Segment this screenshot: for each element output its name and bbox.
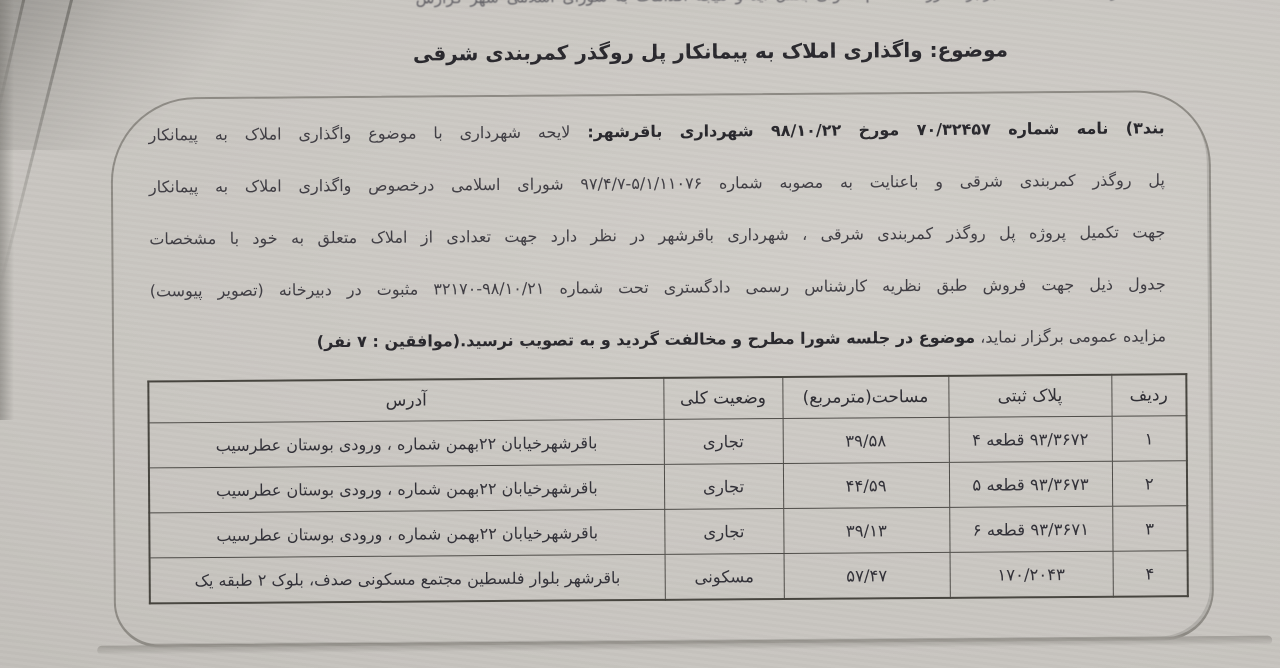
scanned-document-page: می گردد.مقتضی است برابر مقررات اقدام قان…: [0, 0, 1280, 668]
header-address: آدرس: [148, 378, 663, 423]
cell-radif: ۳: [1112, 506, 1187, 552]
cell-radif: ۲: [1112, 461, 1187, 507]
clause-line-4: جدول ذیل جهت فروش طبق نظریه کارشناس رسمی…: [150, 258, 1166, 317]
properties-table: ردیف پلاک ثبتی مساحت(مترمربع) وضعیت کلی …: [147, 373, 1189, 604]
clause-line-3: جهت تکمیل پروژه پل روگذر کمربندی شرقی ، …: [149, 206, 1165, 265]
council-decision: موضوع در جلسه شورا مطرح و مخالفت گردید و…: [317, 328, 976, 352]
cell-pelak: ۹۳/۳۶۷۳ قطعه ۵: [949, 461, 1112, 507]
table-row: ۳ ۹۳/۳۶۷۱ قطعه ۶ ۳۹/۱۳ تجاری باقرشهرخیاب…: [149, 506, 1187, 558]
clause-line-5-text: مزایده عمومی برگزار نماید،: [975, 326, 1166, 346]
table-row: ۱ ۹۳/۳۶۷۲ قطعه ۴ ۳۹/۵۸ تجاری باقرشهرخیاب…: [149, 416, 1187, 468]
cell-radif: ۱: [1112, 416, 1187, 462]
header-masahat: مساحت(مترمربع): [782, 376, 948, 419]
cell-radif: ۴: [1113, 551, 1188, 597]
document-content: می گردد.مقتضی است برابر مقررات اقدام قان…: [0, 0, 1280, 668]
clipped-top-text: می گردد.مقتضی است برابر مقررات اقدام قان…: [415, 0, 1155, 8]
cell-address: باقرشهر بلوار فلسطین مجتمع مسکونی صدف، ب…: [150, 554, 665, 603]
clause-line-5: مزایده عمومی برگزار نماید، موضوع در جلسه…: [150, 310, 1166, 369]
table-row: ۲ ۹۳/۳۶۷۳ قطعه ۵ ۴۴/۵۹ تجاری باقرشهرخیاب…: [149, 461, 1187, 513]
clause-paragraph: بند۳) نامه شماره ۷۰/۳۲۴۵۷ مورخ ۹۸/۱۰/۲۲ …: [148, 102, 1166, 369]
cell-pelak: ۹۳/۳۶۷۲ قطعه ۴: [949, 416, 1112, 462]
cell-vaziat: تجاری: [664, 464, 783, 510]
cell-address: باقرشهرخیابان ۲۲بهمن شماره ، ورودی بوستا…: [149, 419, 664, 468]
clause-heading: بند۳) نامه شماره ۷۰/۳۲۴۵۷ مورخ ۹۸/۱۰/۲۲ …: [587, 118, 1164, 141]
cell-pelak: ۹۳/۳۶۷۱ قطعه ۶: [949, 506, 1112, 552]
table-row: ۴ ۱۷۰/۲۰۴۳ ۵۷/۴۷ مسکونی باقرشهر بلوار فل…: [150, 551, 1188, 604]
cell-address: باقرشهرخیابان ۲۲بهمن شماره ، ورودی بوستا…: [149, 509, 664, 558]
header-pelak: پلاک ثبتی: [948, 375, 1111, 418]
cell-address: باقرشهرخیابان ۲۲بهمن شماره ، ورودی بوستا…: [149, 464, 664, 513]
cell-vaziat: تجاری: [664, 419, 783, 465]
header-radif: ردیف: [1111, 374, 1186, 416]
subject-line: موضوع: واگذاری املاک به پیمانکار پل روگذ…: [413, 37, 1008, 65]
cell-pelak: ۱۷۰/۲۰۴۳: [950, 551, 1113, 598]
cell-vaziat: مسکونی: [665, 554, 784, 600]
clause-line-1: بند۳) نامه شماره ۷۰/۳۲۴۵۷ مورخ ۹۸/۱۰/۲۲ …: [148, 102, 1164, 161]
cell-vaziat: تجاری: [664, 509, 783, 555]
cell-masahat: ۴۴/۵۹: [783, 462, 949, 508]
table-header-row: ردیف پلاک ثبتی مساحت(مترمربع) وضعیت کلی …: [148, 374, 1186, 423]
clause-line-2: پل روگذر کمربندی شرقی و باعنایت به مصوبه…: [149, 154, 1165, 213]
clause-line-1-text: لایحه شهرداری با موضوع واگذاری املاک به …: [149, 122, 588, 144]
cell-masahat: ۳۹/۱۳: [783, 507, 949, 553]
header-vaziat: وضعیت کلی: [663, 377, 782, 419]
cell-masahat: ۵۷/۴۷: [784, 552, 950, 599]
cell-masahat: ۳۹/۵۸: [783, 417, 949, 463]
